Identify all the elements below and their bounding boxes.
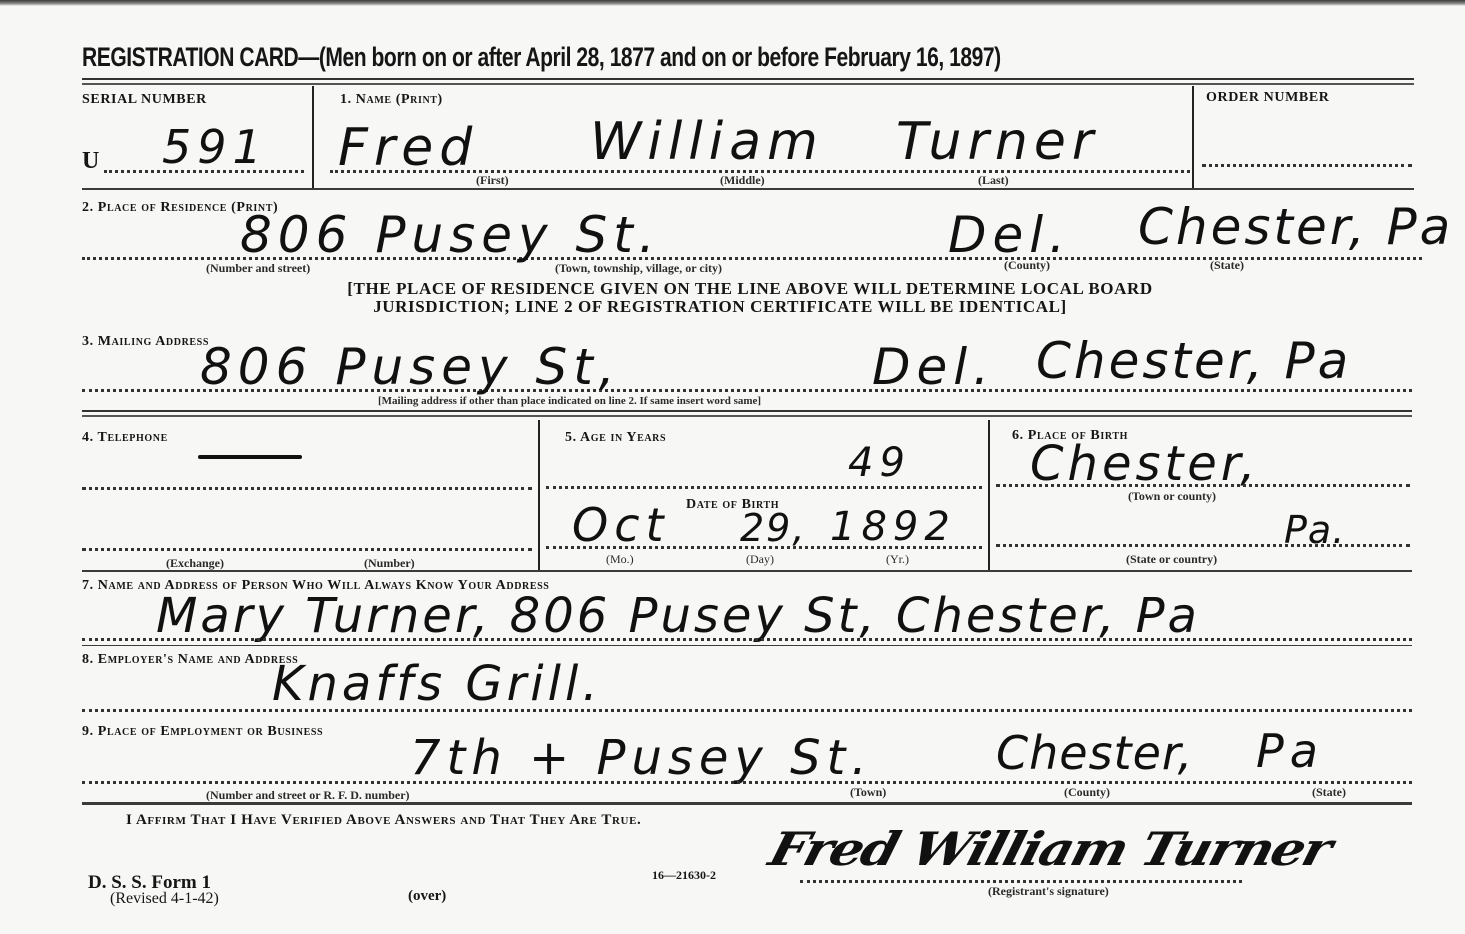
contact-value[interactable]: Mary Turner, 806 Pusey St, Chester, Pa <box>156 588 1200 644</box>
name-middle-value[interactable]: William <box>590 112 824 172</box>
age-value[interactable]: 49 <box>848 440 911 486</box>
signature-line <box>800 880 1242 883</box>
employer-line <box>82 709 1412 712</box>
divider <box>312 86 314 188</box>
caption-emp-county: (County) <box>1064 785 1110 800</box>
mailing-street-value[interactable]: 806 Pusey St, <box>200 338 621 396</box>
name-label: 1. Name (Print) <box>340 92 443 108</box>
row-rule <box>82 188 1414 190</box>
employer-label: 8. Employer's Name and Address <box>82 652 298 668</box>
mailing-town-state-value[interactable]: Chester, Pa <box>1036 332 1351 390</box>
divider <box>538 420 540 570</box>
birthplace-line-2 <box>996 544 1410 547</box>
title-double-rule <box>82 78 1414 85</box>
caption-first: (First) <box>476 173 509 188</box>
name-last-value[interactable]: Turner <box>896 112 1099 172</box>
dob-line <box>546 546 982 549</box>
caption-county: (County) <box>1004 258 1050 273</box>
row-double-rule <box>82 410 1412 417</box>
serial-number-label: SERIAL NUMBER <box>82 92 207 108</box>
divider <box>988 420 990 570</box>
serial-prefix: U <box>82 148 99 175</box>
divider <box>1192 86 1194 188</box>
registrant-signature[interactable]: Fred William Turner <box>764 822 1337 876</box>
residence-notice-line2: JURISDICTION; LINE 2 OF REGISTRATION CER… <box>170 298 1270 315</box>
row-rule <box>82 645 1412 646</box>
employment-county-value[interactable]: Chester, <box>996 726 1193 780</box>
telephone-line-1 <box>82 487 532 490</box>
over-note: (over) <box>408 888 446 905</box>
caption-last: (Last) <box>978 173 1009 188</box>
serial-number-value[interactable]: 591 <box>162 120 268 174</box>
order-number-line[interactable] <box>1202 164 1412 167</box>
residence-notice-line1: [THE PLACE OF RESIDENCE GIVEN ON THE LIN… <box>170 280 1330 297</box>
caption-street: (Number and street) <box>206 261 310 276</box>
employment-line <box>82 781 1412 784</box>
age-label: 5. Age in Years <box>565 430 666 446</box>
caption-state-or-country: (State or country) <box>1126 552 1217 567</box>
dob-year-value[interactable]: 1892 <box>830 504 956 550</box>
telephone-label: 4. Telephone <box>82 430 168 446</box>
caption-emp-town: (Town) <box>850 785 886 800</box>
residence-street-value[interactable]: 806 Pusey St. <box>240 206 661 264</box>
birthplace-line-1 <box>996 484 1410 487</box>
residence-county-value[interactable]: Del. <box>948 206 1071 264</box>
affirmation-text: I Affirm That I Have Verified Above Answ… <box>126 812 641 829</box>
scan-top-edge <box>0 0 1465 6</box>
row-rule <box>82 802 1412 805</box>
age-line <box>546 486 982 489</box>
caption-state: (State) <box>1210 258 1244 273</box>
name-first-value[interactable]: Fred <box>338 118 478 178</box>
caption-day: (Day) <box>746 552 774 567</box>
dob-day-value[interactable]: 29, <box>740 506 806 550</box>
employer-value[interactable]: Knaffs Grill. <box>272 656 602 712</box>
form-revised: (Revised 4-1-42) <box>110 890 219 908</box>
order-number-label: ORDER NUMBER <box>1206 90 1329 106</box>
caption-middle: (Middle) <box>720 173 765 188</box>
caption-year: (Yr.) <box>886 552 909 567</box>
employment-street-value[interactable]: 7th + Pusey St. <box>410 730 873 786</box>
caption-town-or-county: (Town or county) <box>1128 489 1216 504</box>
mailing-label: 3. Mailing Address <box>82 334 209 350</box>
residence-town-state-value[interactable]: Chester, Pa <box>1138 198 1453 256</box>
row-rule <box>82 570 1412 572</box>
dob-month-value[interactable]: Oct <box>572 498 670 552</box>
caption-exchange: (Exchange) <box>166 556 224 571</box>
caption-emp-state: (State) <box>1312 785 1346 800</box>
employment-state-value[interactable]: Pa <box>1256 724 1324 778</box>
caption-street-rfd: (Number and street or R. F. D. number) <box>206 788 410 803</box>
caption-month: (Mo.) <box>606 552 634 567</box>
telephone-line-2 <box>82 548 532 551</box>
print-code: 16—21630-2 <box>652 868 716 883</box>
card-title: REGISTRATION CARD—(Men born on or after … <box>82 42 1001 73</box>
signature-caption: (Registrant's signature) <box>988 884 1109 899</box>
caption-number: (Number) <box>364 556 415 571</box>
mailing-county-value[interactable]: Del. <box>872 338 995 396</box>
telephone-dash-value[interactable] <box>198 455 302 459</box>
caption-town: (Town, township, village, or city) <box>555 261 722 276</box>
contact-line <box>82 638 1412 641</box>
employment-place-label: 9. Place of Employment or Business <box>82 724 323 740</box>
mailing-caption: [Mailing address if other than place ind… <box>378 395 761 407</box>
